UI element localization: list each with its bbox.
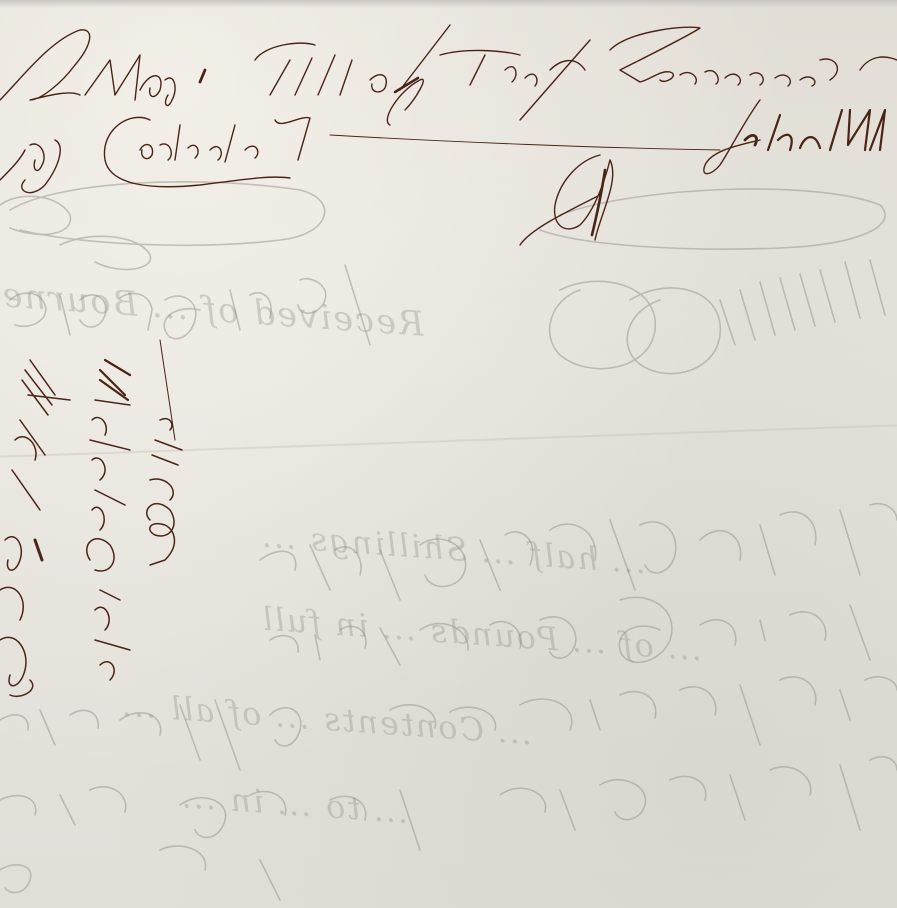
manuscript-page: d May 1 1771 of Tho. Laurence y Contents… [0, 0, 897, 908]
